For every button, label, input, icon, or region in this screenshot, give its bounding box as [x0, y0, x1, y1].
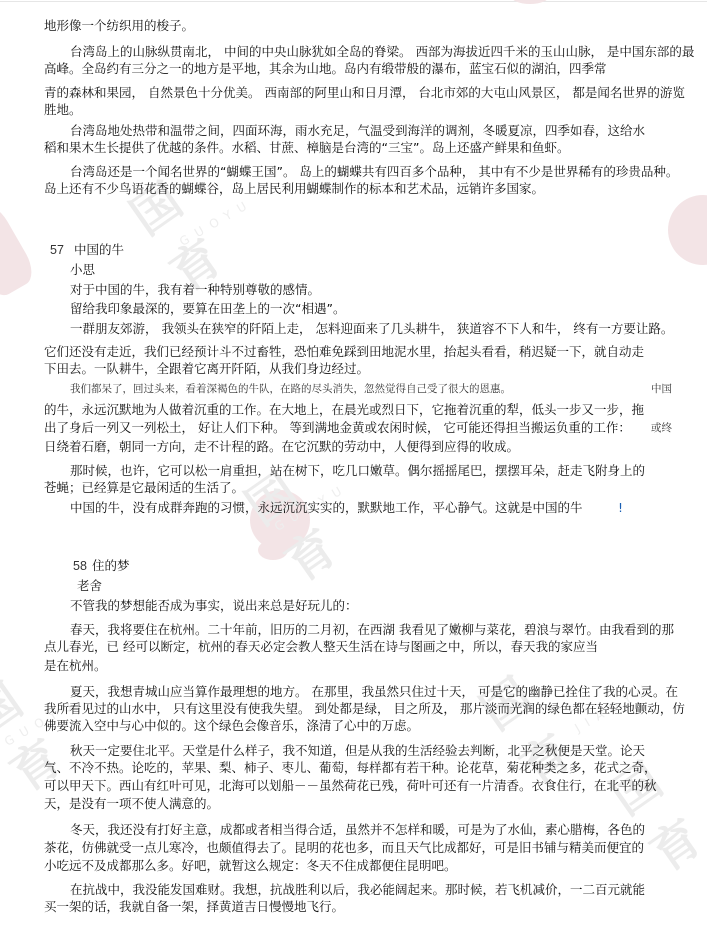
paragraph-line: 苍蝇；已经算是它最闲适的生活了。: [44, 480, 244, 496]
paragraph-line: 稻和果木生长提供了优越的条件。水稻、甘蔗、樟脑是台湾的“三宝”。岛上还盛产鲜果和…: [44, 140, 569, 156]
paragraph-line: 中国: [651, 381, 672, 397]
watermark-shape: [668, 195, 707, 265]
exclamation-mark: !: [618, 500, 623, 516]
paragraph-line: 或终: [651, 420, 672, 436]
paragraph-line: 夏天，我想青城山应当算作最理想的地方。 在那里，我虽然只住过十天， 可是它的幽静…: [70, 684, 678, 700]
watermark-shape: [0, 199, 39, 302]
paragraph-line: 我们都呆了，回过头来，看着深褐色的牛队，在路的尽头消失，忽然觉得自己受了很大的恩…: [70, 381, 511, 397]
paragraph-line: 胜地。: [44, 102, 82, 118]
section-title: 住的梦: [92, 558, 130, 574]
watermark-shape: [250, 490, 310, 550]
paragraph-line: 我所看见过的山水中， 只有这里没有使我失望。 到处都是绿， 目之所及， 那片淡而…: [44, 701, 685, 717]
paragraph-line: 买一架的话，我就自备一架，择黄道吉日慢慢地飞行。: [44, 899, 344, 915]
paragraph-line: 台湾岛还是一个闻名世界的“蝴蝶王国”。 岛上的蝴蝶共有四百多个品种， 其中有不少…: [70, 164, 678, 180]
paragraph-line: 地形像一个纺织用的梭子。: [44, 18, 194, 34]
paragraph-line: 冬天，我还没有打好主意，成都或者相当得合适，虽然并不怎样和暖，可是为了水仙，素心…: [70, 822, 645, 838]
paragraph-line: 下田去。一队耕牛，全跟着它离开阡陌，从我们身边经过。: [44, 361, 369, 377]
paragraph-line: 秋天一定要住北平。天堂是什么样子，我不知道，但是从我的生活经验去判断，北平之秋便…: [70, 743, 645, 759]
paragraph-line: 高峰。全岛约有三分之一的地方是平地，其余为山地。岛内有缎带般的瀑布，蓝宝石似的湖…: [44, 61, 607, 77]
paragraph-line: 是在杭州。: [44, 658, 107, 674]
paragraph-line: 中国的牛，没有成群奔跑的习惯，永远沉沉实实的，默默地工作，平心静气。这就是中国的…: [70, 500, 583, 516]
paragraph-line: 岛上还有不少鸟语花香的蝴蝶谷，岛上居民利用蝴蝶制作的标本和艺术品，远销许多国家。: [44, 181, 544, 197]
paragraph-line: 的牛，永远沉默地为人做着沉重的工作。在大地上，在晨光或烈日下，它拖着沉重的犁，低…: [44, 402, 644, 418]
paragraph-line: 气、不冷不热。论吃的，苹果、梨、柿子、枣儿、葡萄，每样都有若干种。论花草，菊花种…: [44, 760, 657, 776]
paragraph-line: 台湾岛上的山脉纵贯南北， 中间的中央山脉犹如全岛的脊梁。 西部为海拔近四千米的玉…: [70, 44, 694, 60]
section-number: 57: [50, 242, 64, 258]
paragraph-line: 小吃远不及成都那么多。好吧，就暂这么规定：冬天不住成都便住昆明吧。: [44, 858, 457, 874]
paragraph-line: 春天，我将要住在杭州。二十年前，旧历的二月初，在西湖 我看见了嫩柳与菜花，碧浪与…: [70, 622, 674, 638]
paragraph-line: 茶花，仿佛就受一点儿寒冷，也颇值得去了。昆明的花也多，而且天气比成都好，可是旧书…: [44, 840, 644, 856]
top-rule: [0, 1, 707, 2]
paragraph-line: 不管我的梦想能否成为事实，说出来总是好玩儿的：: [70, 598, 358, 614]
paragraph-line: 一群朋友郊游， 我领头在狭窄的阡陌上走， 怎料迎面来了几头耕牛， 狭道容不下人和…: [70, 321, 673, 337]
paragraph-line: 台湾岛地处热带和温带之间，四面环海，雨水充足，气温受到海洋的调剂，冬暖夏凉，四季…: [70, 123, 645, 139]
watermark-text: GUOYU: [177, 195, 256, 249]
paragraph-line: 它们还没有走近，我们已经预计斗不过畜牲，恐怕难免踩到田地泥水里，抬起头看看，稍迟…: [44, 344, 644, 360]
paragraph-line: 那时候，也许，它可以松一肩重担，站在树下，吃几口嫩草。偶尔摇摇尾巴，摆摆耳朵，赶…: [70, 463, 645, 479]
paragraph-line: 留给我印象最深的，要算在田垄上的一次“相遇”。: [70, 301, 345, 317]
paragraph-line: 日绕着石磨，朝同一方向，走不计程的路。在它沉默的劳动中，人便得到应得的收成。: [44, 439, 519, 455]
paragraph-line: 佛要流入空中与心中似的。这个绿色会像音乐，涤清了心中的万虑。: [44, 718, 419, 734]
section-author: 小思: [70, 262, 95, 278]
section-author: 老舍: [77, 578, 102, 594]
paragraph-line: 青的森林和果园， 自然景色十分优美。 西南部的阿里山和日月潭， 台北市郊的大屯山…: [44, 85, 685, 101]
paragraph-line: 天，是没有一项不使人满意的。: [44, 796, 219, 812]
paragraph-line: 对于中国的牛，我有着一种特别尊敬的感情。: [70, 282, 320, 298]
section-title: 中国的牛: [74, 242, 124, 258]
watermark-shape: [258, 540, 288, 560]
paragraph-line: 出了身后一列又一列松土， 好让人们下种。 等到满地金黄或农闲时候， 它可能还得担…: [44, 420, 631, 436]
paragraph-line: 在抗战中，我没能发国难财。我想，抗战胜利以后，我必能阔起来。那时候，若飞机减价，…: [70, 882, 645, 898]
section-number: 58: [73, 558, 87, 574]
paragraph-line: 可以甲天下。西山有红叶可见，北海可以划船－－虽然荷花已残，荷叶可还有一片清香。衣…: [44, 778, 657, 794]
paragraph-line: 点儿春光，已 经可以断定，杭州的春天必定会教人整天生活在诗与图画之中，所以，春天…: [44, 639, 598, 655]
